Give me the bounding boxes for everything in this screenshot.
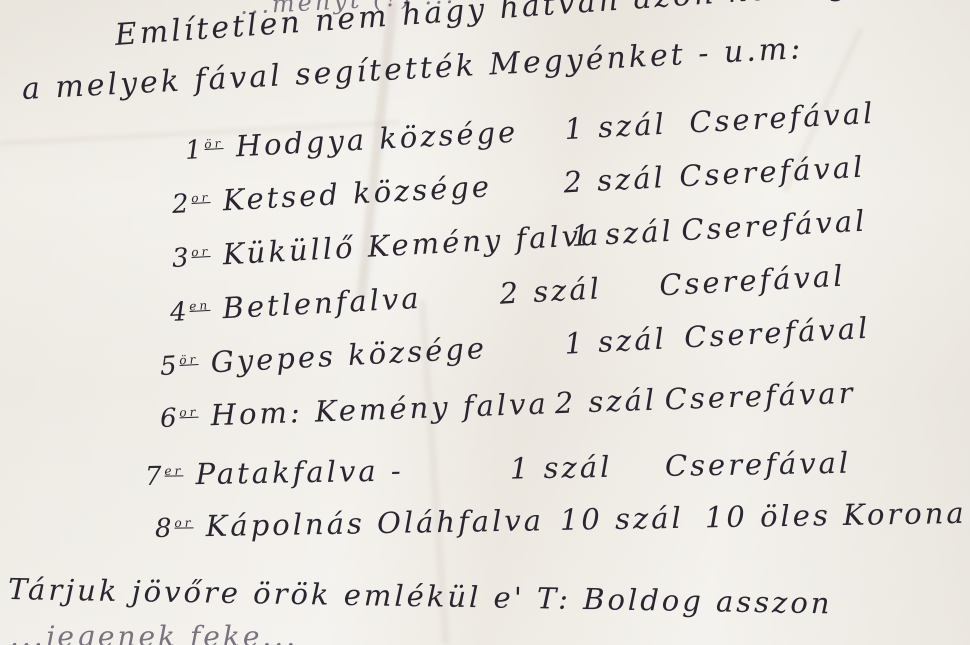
entry-item: Cserefával — [665, 446, 852, 483]
entry-ordinal: 1ör — [184, 134, 224, 166]
entry-quantity: 1 szál — [564, 107, 668, 146]
entry-ordinal: 6or — [160, 403, 200, 434]
entry-quantity: 2 szál — [554, 383, 658, 421]
closing-line-2: ...jegenek feke... — [10, 620, 298, 645]
entry-item: Cserefávar — [664, 376, 856, 417]
entry-ordinal: 4en — [169, 296, 211, 328]
entry-quantity: 10 szál — [560, 501, 684, 537]
entry-quantity: 1 szál — [510, 450, 613, 486]
entry-quantity: 1 szál — [571, 214, 675, 253]
entry-item: 10 öles Korona — [705, 496, 967, 535]
entry-ordinal: 7er — [145, 461, 184, 492]
entry-ordinal: 2or — [171, 188, 211, 220]
entry-ordinal: 8or — [155, 513, 194, 544]
entry-quantity: 2 szál — [563, 160, 667, 199]
list-item: 8or Kápolnás Oláhfalva 10 szál 10 öles K… — [155, 503, 545, 544]
entry-quantity: 2 szál — [499, 271, 603, 310]
entry-ordinal: 5ör — [159, 350, 199, 382]
entry-quantity: 1 szál — [564, 321, 668, 360]
entry-ordinal: 3or — [171, 242, 211, 274]
list-item: 7er Patakfalva - 1 szál Cserefával — [145, 453, 404, 492]
entry-place: Patakfalva - — [195, 453, 404, 491]
entry-place: Kápolnás Oláhfalva — [205, 503, 544, 543]
